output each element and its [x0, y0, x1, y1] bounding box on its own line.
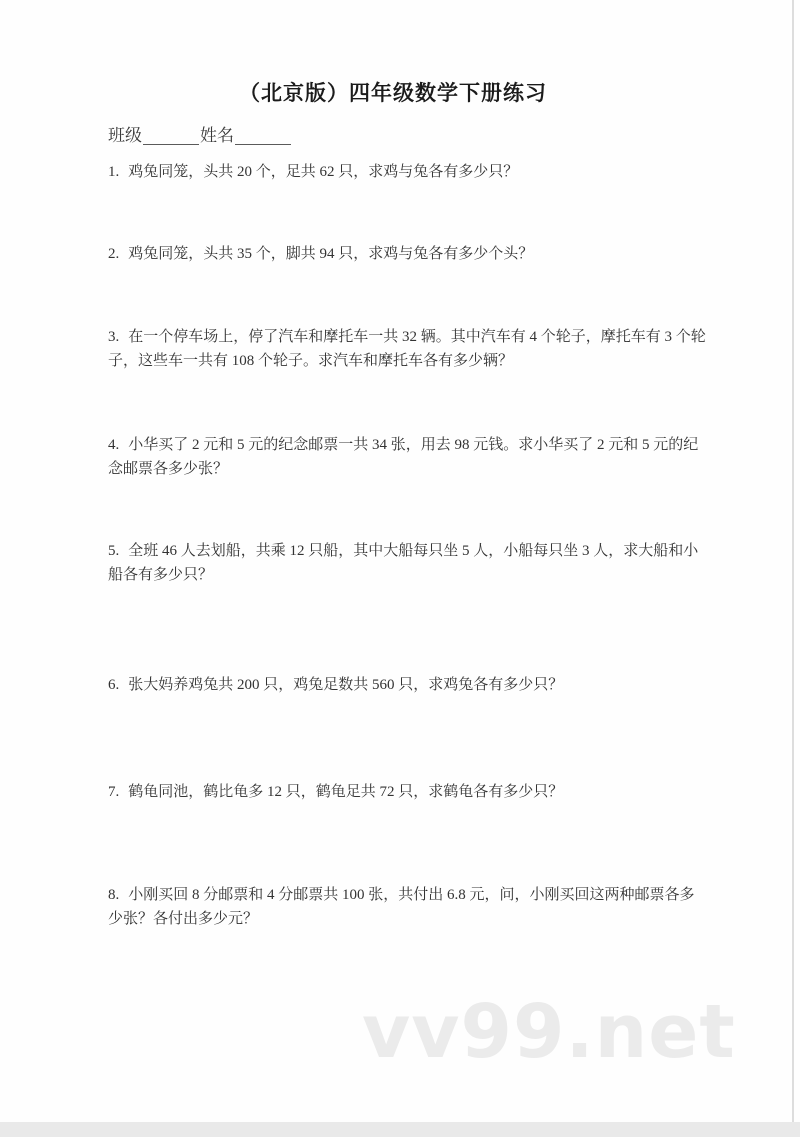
problem-4-number: 4.: [108, 437, 119, 453]
problem-2-line-1: 2.鸡兔同笼，头共 35 个，脚共 94 只，求鸡与兔各有多少个头？: [108, 243, 708, 267]
class-blank: [143, 142, 199, 145]
problem-6-line-1: 6.张大妈养鸡兔共 200 只，鸡兔足数共 560 只，求鸡兔各有多少只？: [108, 674, 708, 698]
problem-6: 6.张大妈养鸡兔共 200 只，鸡兔足数共 560 只，求鸡兔各有多少只？: [108, 674, 708, 698]
problem-2: 2.鸡兔同笼，头共 35 个，脚共 94 只，求鸡与兔各有多少个头？: [108, 243, 708, 267]
problem-7-line-1: 7.鹤龟同池，鹤比龟多 12 只，鹤龟足共 72 只，求鹤龟各有多少只？: [108, 781, 708, 805]
page-title: （北京版）四年级数学下册练习: [0, 81, 786, 106]
problem-3-number: 3.: [108, 329, 119, 345]
worksheet-page: （北京版）四年级数学下册练习 班级姓名 1.鸡兔同笼，头共 20 个，足共 62…: [0, 0, 800, 1137]
class-label: 班级: [108, 126, 142, 145]
problem-3-line-2: 子，这些车一共有 108 个轮子。求汽车和摩托车各有多少辆？: [108, 350, 708, 374]
problem-7: 7.鹤龟同池，鹤比龟多 12 只，鹤龟足共 72 只，求鹤龟各有多少只？: [108, 781, 708, 805]
problem-7-text: 鹤龟同池，鹤比龟多 12 只，鹤龟足共 72 只，求鹤龟各有多少只？: [128, 784, 563, 800]
problem-1-line-1: 1.鸡兔同笼，头共 20 个，足共 62 只，求鸡与兔各有多少只？: [108, 161, 708, 185]
class-name-line: 班级姓名: [108, 124, 292, 147]
problem-1: 1.鸡兔同笼，头共 20 个，足共 62 只，求鸡与兔各有多少只？: [108, 161, 708, 185]
problem-5-line-1: 5.全班 46 人去划船，共乘 12 只船，其中大船每只坐 5 人，小船每只坐 …: [108, 540, 708, 564]
problem-6-number: 6.: [108, 677, 119, 693]
problem-5: 5.全班 46 人去划船，共乘 12 只船，其中大船每只坐 5 人，小船每只坐 …: [108, 540, 708, 587]
problem-4-text: 小华买了 2 元和 5 元的纪念邮票一共 34 张，用去 98 元钱。求小华买了…: [128, 437, 698, 453]
problem-3: 3.在一个停车场上，停了汽车和摩托车一共 32 辆。其中汽车有 4 个轮子，摩托…: [108, 326, 708, 373]
problem-3-line-1: 3.在一个停车场上，停了汽车和摩托车一共 32 辆。其中汽车有 4 个轮子，摩托…: [108, 326, 708, 350]
problem-2-text: 鸡兔同笼，头共 35 个，脚共 94 只，求鸡与兔各有多少个头？: [128, 246, 533, 262]
problem-3-text: 在一个停车场上，停了汽车和摩托车一共 32 辆。其中汽车有 4 个轮子，摩托车有…: [128, 329, 706, 345]
name-label: 姓名: [200, 126, 234, 145]
problem-8-text: 小刚买回 8 分邮票和 4 分邮票共 100 张，共付出 6.8 元，问，小刚买…: [128, 887, 694, 903]
problem-8-number: 8.: [108, 887, 119, 903]
problem-8: 8.小刚买回 8 分邮票和 4 分邮票共 100 张，共付出 6.8 元，问，小…: [108, 884, 708, 931]
problem-1-text: 鸡兔同笼，头共 20 个，足共 62 只，求鸡与兔各有多少只？: [128, 164, 518, 180]
problem-6-text: 张大妈养鸡兔共 200 只，鸡兔足数共 560 只，求鸡兔各有多少只？: [128, 677, 563, 693]
problem-4: 4.小华买了 2 元和 5 元的纪念邮票一共 34 张，用去 98 元钱。求小华…: [108, 434, 708, 481]
problem-4-line-1: 4.小华买了 2 元和 5 元的纪念邮票一共 34 张，用去 98 元钱。求小华…: [108, 434, 708, 458]
problem-5-text: 全班 46 人去划船，共乘 12 只船，其中大船每只坐 5 人，小船每只坐 3 …: [128, 543, 698, 559]
problem-8-line-1: 8.小刚买回 8 分邮票和 4 分邮票共 100 张，共付出 6.8 元，问，小…: [108, 884, 708, 908]
problem-4-line-2: 念邮票各多少张？: [108, 458, 708, 482]
watermark: vv99.net: [362, 995, 736, 1069]
page-right-edge-line: [792, 0, 794, 1122]
problem-5-number: 5.: [108, 543, 119, 559]
name-blank: [235, 142, 291, 145]
problem-2-number: 2.: [108, 246, 119, 262]
bottom-gray-bar: [0, 1122, 800, 1137]
problem-8-line-2: 少张？各付出多少元？: [108, 908, 708, 932]
problem-7-number: 7.: [108, 784, 119, 800]
problem-5-line-2: 船各有多少只？: [108, 564, 708, 588]
problem-1-number: 1.: [108, 164, 119, 180]
